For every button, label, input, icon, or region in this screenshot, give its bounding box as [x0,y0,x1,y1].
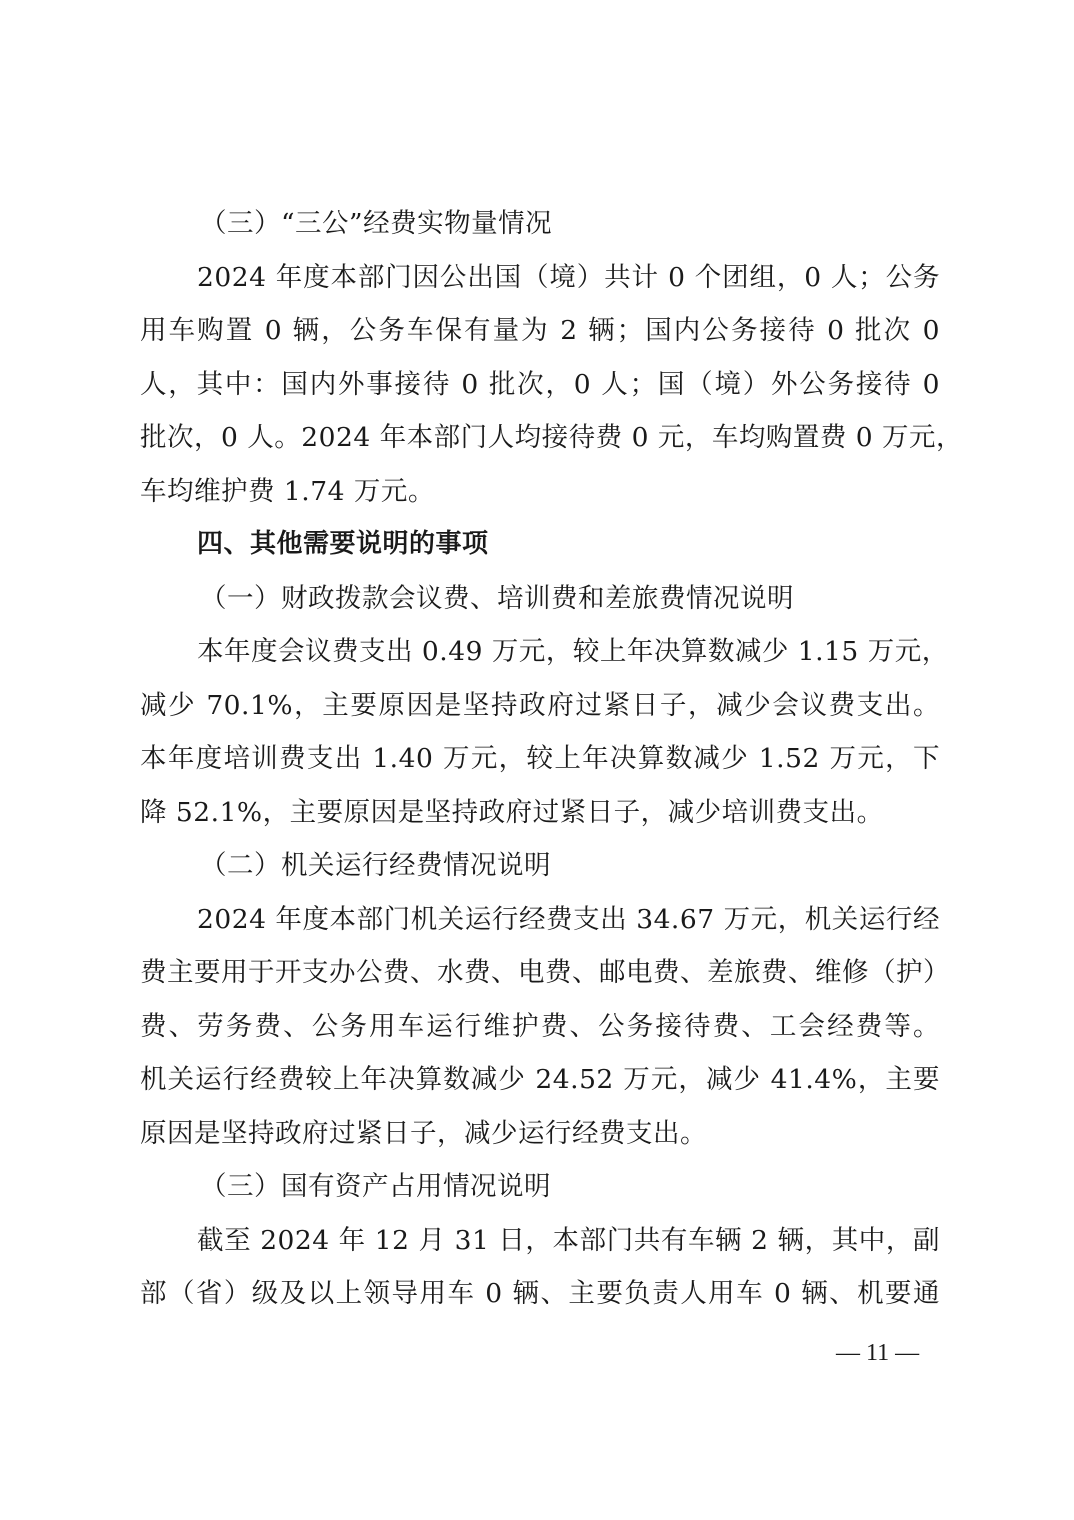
paragraph-line: 2024 年度本部门因公出国（境）共计 0 个团组，0 人；公务 [140,251,940,305]
heading-other-matters: 四、其他需要说明的事项 [140,518,940,572]
paragraph-line: 人，其中：国内外事接待 0 批次，0 人；国（境）外公务接待 0 [140,358,940,412]
paragraph-line: 原因是坚持政府过紧日子，减少运行经费支出。 [140,1107,940,1161]
heading-state-assets: （三）国有资产占用情况说明 [140,1160,940,1214]
paragraph-meeting-training-travel: 本年度会议费支出 0.49 万元，较上年决算数减少 1.15 万元， 减少 70… [140,625,940,839]
paragraph-line: 减少 70.1%，主要原因是坚持政府过紧日子，减少会议费支出。 [140,679,940,733]
paragraph-line: 车均维护费 1.74 万元。 [140,465,940,519]
document-page: （三）“三公”经费实物量情况 2024 年度本部门因公出国（境）共计 0 个团组… [140,197,940,1321]
paragraph-line: 批次，0 人。2024 年本部门人均接待费 0 元，车均购置费 0 万元， [140,411,940,465]
paragraph-line: 费、劳务费、公务用车运行维护费、公务接待费、工会经费等。 [140,1000,940,1054]
paragraph-line: 用车购置 0 辆，公务车保有量为 2 辆；国内公务接待 0 批次 0 [140,304,940,358]
paragraph-line: 机关运行经费较上年决算数减少 24.52 万元，减少 41.4%，主要 [140,1053,940,1107]
paragraph-line: 降 52.1%，主要原因是坚持政府过紧日子，减少培训费支出。 [140,786,940,840]
page-number: — 11 — [836,1340,919,1367]
heading-operating-expenses: （二）机关运行经费情况说明 [140,839,940,893]
paragraph-line: 费主要用于开支办公费、水费、电费、邮电费、差旅费、维修（护） [140,946,940,1000]
paragraph-line: 本年度培训费支出 1.40 万元，较上年决算数减少 1.52 万元，下 [140,732,940,786]
paragraph-line: 本年度会议费支出 0.49 万元，较上年决算数减少 1.15 万元， [140,625,940,679]
paragraph-three-public-quantities: 2024 年度本部门因公出国（境）共计 0 个团组，0 人；公务 用车购置 0 … [140,251,940,519]
paragraph-state-assets: 截至 2024 年 12 月 31 日，本部门共有车辆 2 辆，其中，副 部（省… [140,1214,940,1321]
paragraph-operating-expenses: 2024 年度本部门机关运行经费支出 34.67 万元，机关运行经 费主要用于开… [140,893,940,1161]
paragraph-line: 截至 2024 年 12 月 31 日，本部门共有车辆 2 辆，其中，副 [140,1214,940,1268]
paragraph-line: 2024 年度本部门机关运行经费支出 34.67 万元，机关运行经 [140,893,940,947]
heading-meeting-training-travel: （一）财政拨款会议费、培训费和差旅费情况说明 [140,572,940,626]
paragraph-line: 部（省）级及以上领导用车 0 辆、主要负责人用车 0 辆、机要通 [140,1267,940,1321]
heading-three-public-quantities: （三）“三公”经费实物量情况 [140,197,940,251]
